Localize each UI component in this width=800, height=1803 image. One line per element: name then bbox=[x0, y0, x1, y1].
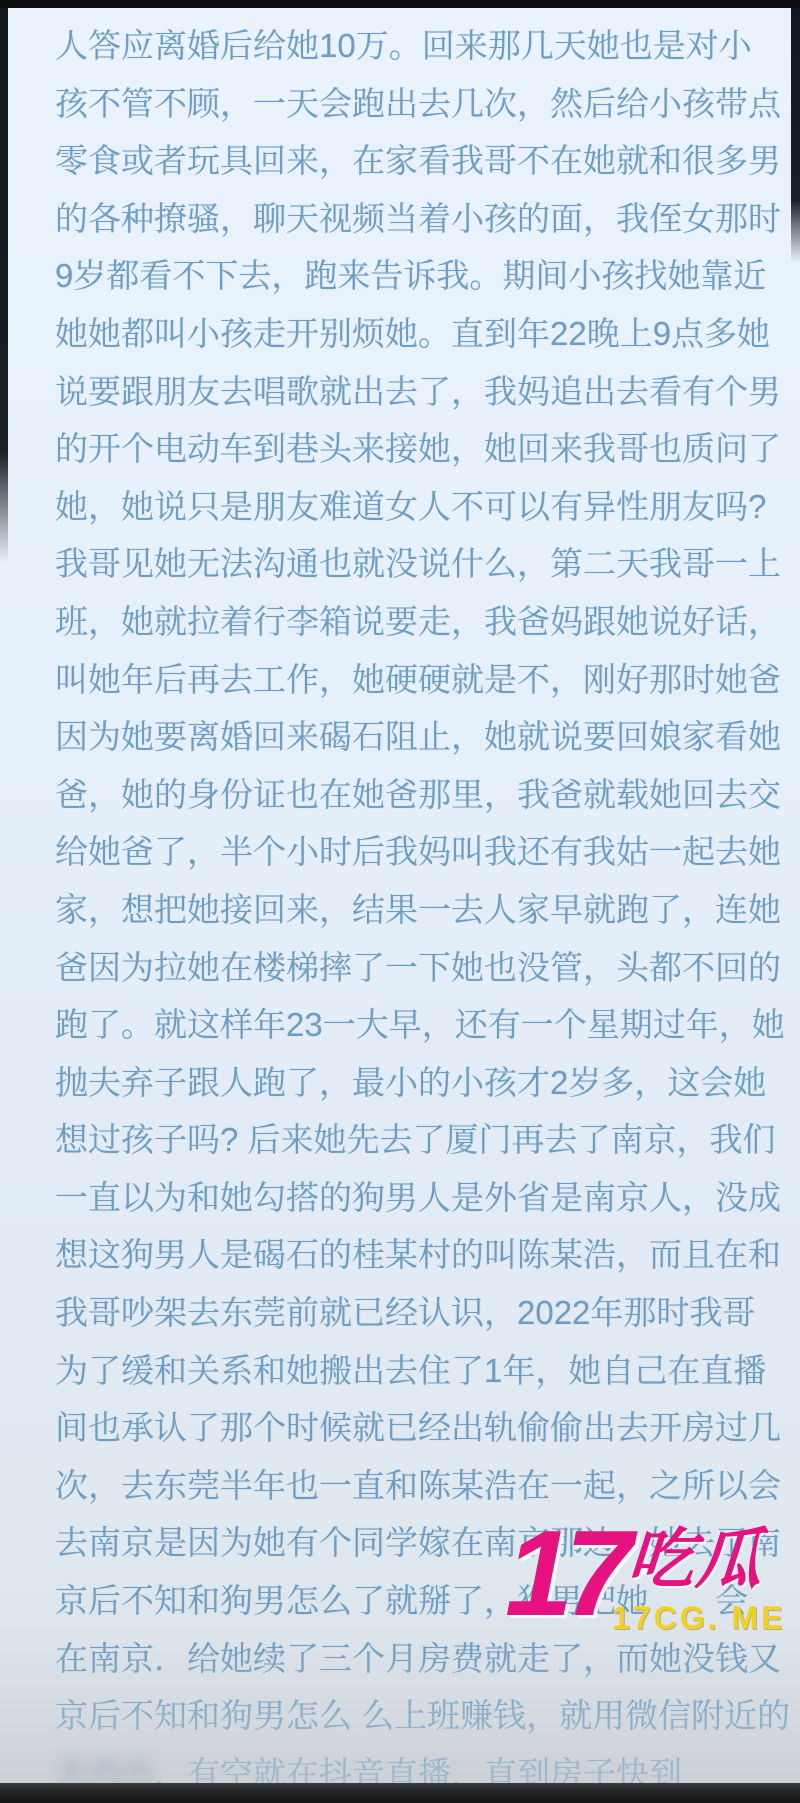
text-line: 因为她要离婚回来碣石阻止，她就说要回娘家看她 bbox=[55, 708, 792, 766]
text-line: 我哥见她无法沟通也就没说什么，第二天我哥一上 bbox=[55, 535, 792, 593]
text-line: 在南京．给她续了三个月房费就走了，而她没钱又 bbox=[55, 1630, 792, 1688]
text-line: 说要跟朋友去唱歌就出去了，我妈追出去看有个男 bbox=[55, 363, 792, 421]
text-line: 人答应离婚后给她10万。回来那几天她也是对小 bbox=[55, 17, 792, 75]
text-line: 一直以为和她勾搭的狗男人是外省是南京人，没成 bbox=[55, 1169, 792, 1227]
text-line: 她她都叫小孩走开别烦她。直到年22晚上9点多她 bbox=[55, 305, 792, 363]
top-black-bar bbox=[0, 0, 800, 8]
text-line: 爸，她的身份证也在她爸那里，我爸就载她回去交 bbox=[55, 766, 792, 824]
text-line: 孩不管不顾，一天会跑出去几次，然后给小孩带点 bbox=[55, 75, 792, 133]
text-line: 家，想把她接回来，结果一去人家早就跑了，连她 bbox=[55, 881, 792, 939]
text-line: 想过孩子吗? 后来她先去了厦门再去了南京，我们 bbox=[55, 1111, 792, 1169]
text-line: 班，她就拉着行李箱说要走，我爸妈跟她说好话， bbox=[55, 593, 792, 651]
right-dark-edge bbox=[791, 8, 800, 263]
text-line: 的开个电动车到巷头来接她，她回来我哥也质问了 bbox=[55, 420, 792, 478]
text-line: 京后不知和狗男怎么了就掰了，狗男把她 会 bbox=[55, 1572, 792, 1630]
text-line: 给她爸了，半个小时后我妈叫我还有我姑一起去她 bbox=[55, 823, 792, 881]
text-line: 跑了。就这样年23一大早，还有一个星期过年，她 bbox=[55, 996, 792, 1054]
text-line: 为了缓和关系和她搬出去住了1年，她自己在直播 bbox=[55, 1342, 792, 1400]
text-line: 9岁都看不下去，跑来告诉我。期间小孩找她靠近 bbox=[55, 247, 792, 305]
text-line: 想这狗男人是碣石的桂某村的叫陈某浩，而且在和 bbox=[55, 1226, 792, 1284]
text-line: 抛夫弃子跟人跑了，最小的小孩才2岁多，这会她 bbox=[55, 1054, 792, 1112]
left-dark-edge bbox=[0, 8, 8, 563]
text-line: 的各种撩骚，聊天视频当着小孩的面，我侄女那时 bbox=[55, 190, 792, 248]
screenshot-root: 人答应离婚后给她10万。回来那几天她也是对小孩不管不顾，一天会跑出去几次，然后给… bbox=[0, 0, 800, 1803]
text-line: 零食或者玩具回来，在家看我哥不在她就和很多男 bbox=[55, 132, 792, 190]
text-line: 我哥吵架去东莞前就已经认识，2022年那时我哥 bbox=[55, 1284, 792, 1342]
bottom-dark-bar bbox=[0, 1783, 800, 1803]
post-text: 人答应离婚后给她10万。回来那几天她也是对小孩不管不顾，一天会跑出去几次，然后给… bbox=[55, 17, 792, 1745]
text-line: 次，去东莞半年也一直和陈某浩在一起，之所以会 bbox=[55, 1457, 792, 1515]
text-line: 间也承认了那个时候就已经出轨偷偷出去开房过几 bbox=[55, 1399, 792, 1457]
text-line: 京后不知和狗男怎么 么上班赚钱，就用微信附近的 bbox=[55, 1687, 792, 1745]
text-line: 去南京是因为她有个同学嫁在南京那边。她去了南 bbox=[55, 1514, 792, 1572]
text-line: 她，她说只是朋友难道女人不可以有异性朋友吗? bbox=[55, 478, 792, 536]
text-line: 叫她年后再去工作，她硬硬就是不，刚好那时她爸 bbox=[55, 651, 792, 709]
text-line: 爸因为拉她在楼梯摔了一下她也没管，头都不回的 bbox=[55, 939, 792, 997]
